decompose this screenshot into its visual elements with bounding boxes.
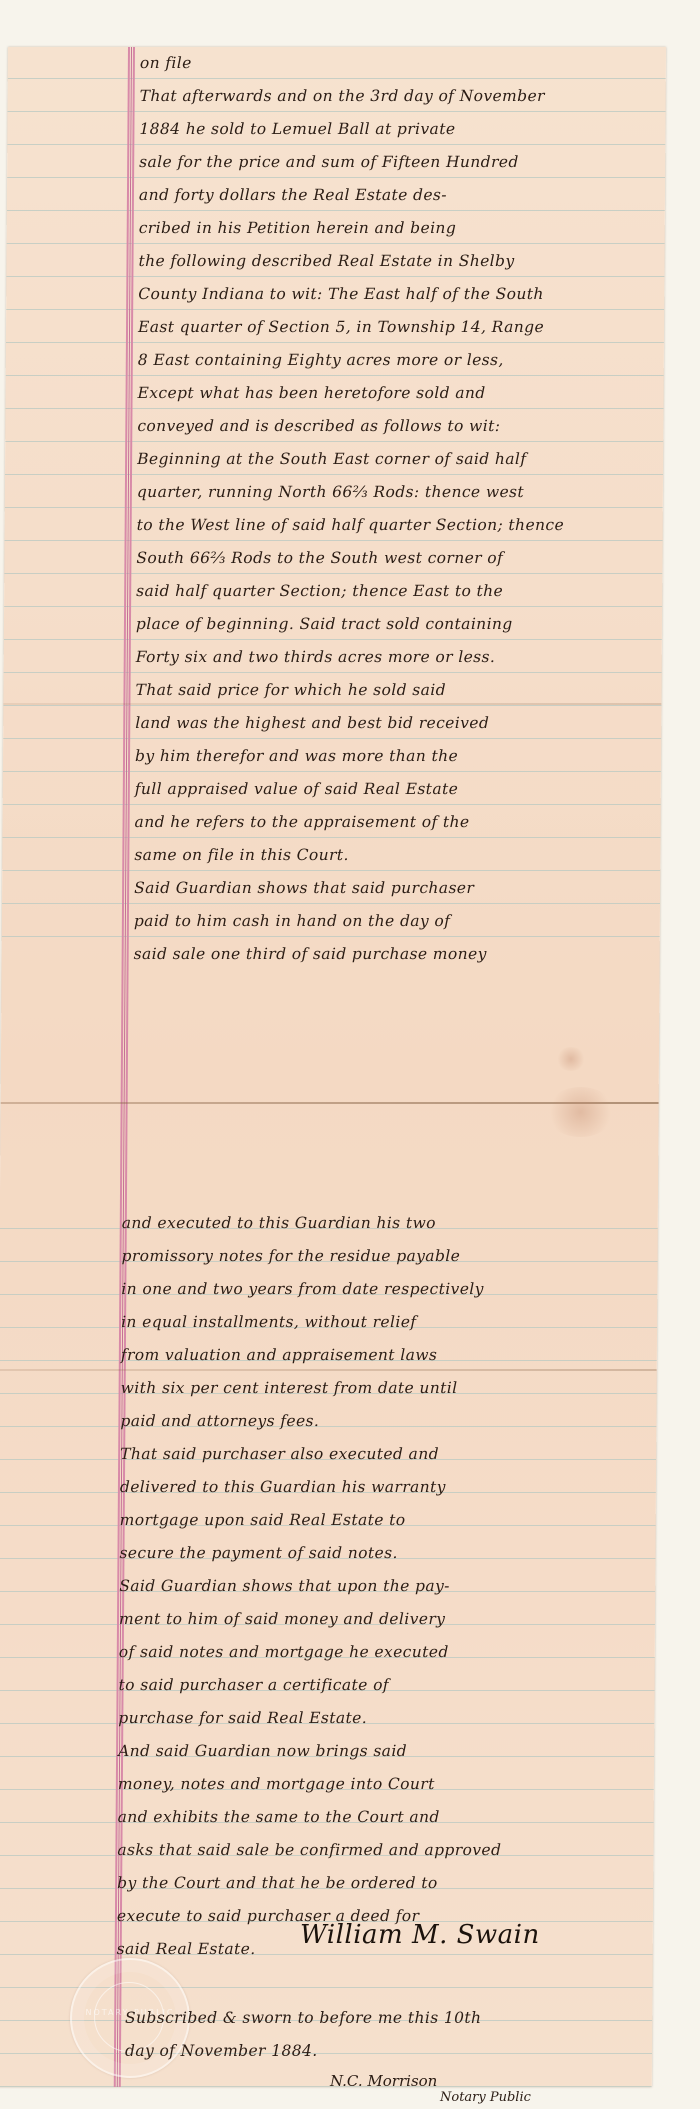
text-line: with six per cent interest from date unt… bbox=[121, 1372, 641, 1405]
stain bbox=[545, 1087, 615, 1137]
text-line: South 66⅔ Rods to the South west corner … bbox=[136, 542, 656, 575]
text-line: Except what has been heretofore sold and bbox=[137, 377, 657, 410]
upper-text-block: on file That afterwards and on the 3rd d… bbox=[134, 47, 660, 971]
document-page: on file That afterwards and on the 3rd d… bbox=[0, 47, 666, 2087]
text-line: to said purchaser a certificate of bbox=[118, 1669, 638, 1702]
text-line: Said Guardian shows that said purchaser bbox=[134, 872, 654, 905]
text-line: quarter, running North 66⅔ Rods: thence … bbox=[137, 476, 657, 509]
text-line: Forty six and two thirds acres more or l… bbox=[136, 641, 656, 674]
text-line: said half quarter Section; thence East t… bbox=[136, 575, 656, 608]
text-line: asks that said sale be confirmed and app… bbox=[117, 1834, 637, 1867]
text-line: said sale one third of said purchase mon… bbox=[134, 938, 654, 971]
text-line: 8 East containing Eighty acres more or l… bbox=[138, 344, 658, 377]
text-line: same on file in this Court. bbox=[134, 839, 654, 872]
text-line: place of beginning. Said tract sold cont… bbox=[136, 608, 656, 641]
guardian-signature: William M. Swain bbox=[300, 1920, 540, 1950]
text-line: and he refers to the appraisement of the bbox=[134, 806, 654, 839]
text-line: East quarter of Section 5, in Township 1… bbox=[138, 311, 658, 344]
text-line: cribed in his Petition herein and being bbox=[139, 212, 659, 245]
text-line: money, notes and mortgage into Court bbox=[118, 1768, 638, 1801]
text-line: conveyed and is described as follows to … bbox=[137, 410, 657, 443]
text-line: sale for the price and sum of Fifteen Hu… bbox=[139, 146, 659, 179]
jurat-block: Subscribed & sworn to before me this 10t… bbox=[125, 2002, 665, 2068]
text-line: in one and two years from date respectiv… bbox=[121, 1273, 641, 1306]
text-line: and forty dollars the Real Estate des- bbox=[139, 179, 659, 212]
text-line: by the Court and that he be ordered to bbox=[117, 1867, 637, 1900]
text-line: promissory notes for the residue payable bbox=[121, 1240, 641, 1273]
text-line: and exhibits the same to the Court and bbox=[118, 1801, 638, 1834]
text-line: That afterwards and on the 3rd day of No… bbox=[140, 80, 660, 113]
text-line: paid to him cash in hand on the day of bbox=[134, 905, 654, 938]
text-line: from valuation and appraisement laws bbox=[121, 1339, 641, 1372]
text-line: on file bbox=[140, 47, 660, 80]
text-line: County Indiana to wit: The East half of … bbox=[138, 278, 658, 311]
text-line: 1884 he sold to Lemuel Ball at private bbox=[139, 113, 659, 146]
text-line: Beginning at the South East corner of sa… bbox=[137, 443, 657, 476]
text-line: secure the payment of said notes. bbox=[119, 1537, 639, 1570]
text-line: to the West line of said half quarter Se… bbox=[137, 509, 657, 542]
text-line: in equal installments, without relief bbox=[121, 1306, 641, 1339]
notary-title: Notary Public bbox=[440, 2090, 531, 2105]
text-line: by him therefor and was more than the bbox=[135, 740, 655, 773]
text-line: of said notes and mortgage he executed bbox=[119, 1636, 639, 1669]
text-line: And said Guardian now brings said bbox=[118, 1735, 638, 1768]
text-line: paid and attorneys fees. bbox=[120, 1405, 640, 1438]
text-line: ment to him of said money and delivery bbox=[119, 1603, 639, 1636]
jurat-line: day of November 1884. bbox=[125, 2035, 665, 2068]
text-line: and executed to this Guardian his two bbox=[122, 1207, 642, 1240]
jurat-line: Subscribed & sworn to before me this 10t… bbox=[125, 2002, 665, 2035]
text-line: That said purchaser also executed and bbox=[120, 1438, 640, 1471]
text-line: delivered to this Guardian his warranty bbox=[120, 1471, 640, 1504]
text-line: land was the highest and best bid receiv… bbox=[135, 707, 655, 740]
notary-signature: N.C. Morrison bbox=[330, 2072, 437, 2090]
text-line: full appraised value of said Real Estate bbox=[135, 773, 655, 806]
text-line: Said Guardian shows that upon the pay- bbox=[119, 1570, 639, 1603]
lower-text-block: and executed to this Guardian his two pr… bbox=[117, 1207, 642, 1966]
stain bbox=[556, 1047, 586, 1071]
text-line: the following described Real Estate in S… bbox=[138, 245, 658, 278]
text-line: purchase for said Real Estate. bbox=[118, 1702, 638, 1735]
text-line: mortgage upon said Real Estate to bbox=[120, 1504, 640, 1537]
text-line: That said price for which he sold said bbox=[135, 674, 655, 707]
